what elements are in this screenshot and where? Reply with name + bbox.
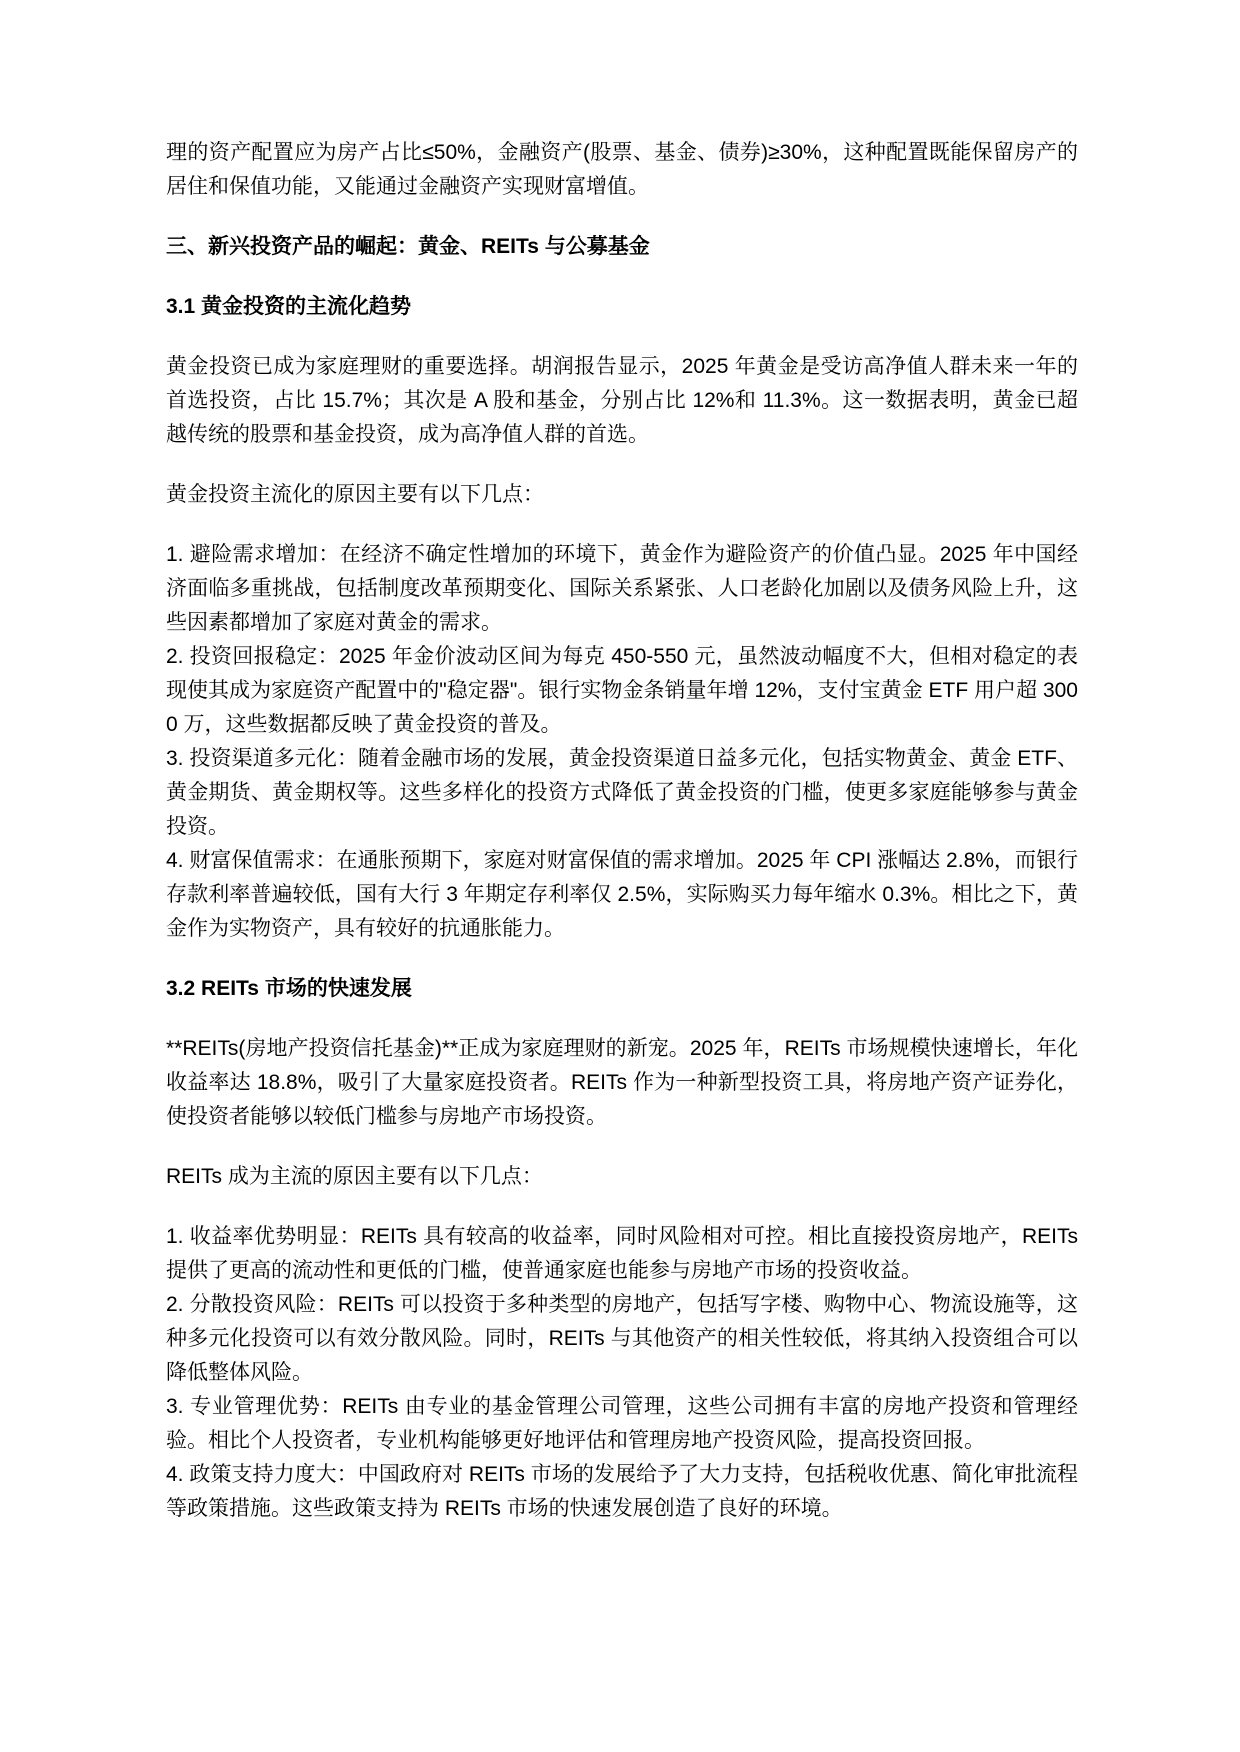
paragraph-reits-reasons-lead: REITs 成为主流的原因主要有以下几点：: [166, 1160, 1078, 1194]
reits-reasons-list: 1. 收益率优势明显：REITs 具有较高的收益率，同时风险相对可控。相比直接投…: [166, 1220, 1078, 1526]
gold-reason-item-2: 2. 投资回报稳定：2025 年金价波动区间为每克 450-550 元，虽然波动…: [166, 640, 1078, 742]
paragraph-asset-allocation: 理的资产配置应为房产占比≤50%，金融资产(股票、基金、债券)≥30%，这种配置…: [166, 136, 1078, 204]
gold-reasons-list: 1. 避险需求增加：在经济不确定性增加的环境下，黄金作为避险资产的价值凸显。20…: [166, 538, 1078, 946]
heading-3-2: 3.2 REITs 市场的快速发展: [166, 972, 1078, 1006]
reits-reason-item-1: 1. 收益率优势明显：REITs 具有较高的收益率，同时风险相对可控。相比直接投…: [166, 1220, 1078, 1288]
heading-section-3: 三、新兴投资产品的崛起：黄金、REITs 与公募基金: [166, 230, 1078, 264]
reits-reason-item-3: 3. 专业管理优势：REITs 由专业的基金管理公司管理，这些公司拥有丰富的房地…: [166, 1390, 1078, 1458]
gold-reason-item-3: 3. 投资渠道多元化：随着金融市场的发展，黄金投资渠道日益多元化，包括实物黄金、…: [166, 742, 1078, 844]
document-body: 理的资产配置应为房产占比≤50%，金融资产(股票、基金、债券)≥30%，这种配置…: [0, 0, 1240, 1526]
gold-reason-item-1: 1. 避险需求增加：在经济不确定性增加的环境下，黄金作为避险资产的价值凸显。20…: [166, 538, 1078, 640]
reits-reason-item-2: 2. 分散投资风险：REITs 可以投资于多种类型的房地产，包括写字楼、购物中心…: [166, 1288, 1078, 1390]
heading-3-1: 3.1 黄金投资的主流化趋势: [166, 290, 1078, 324]
reits-reason-item-4: 4. 政策支持力度大：中国政府对 REITs 市场的发展给予了大力支持，包括税收…: [166, 1458, 1078, 1526]
gold-reason-item-4: 4. 财富保值需求：在通胀预期下，家庭对财富保值的需求增加。2025 年 CPI…: [166, 844, 1078, 946]
paragraph-reits-intro: **REITs(房地产投资信托基金)**正成为家庭理财的新宠。2025 年，RE…: [166, 1032, 1078, 1134]
page: 理的资产配置应为房产占比≤50%，金融资产(股票、基金、债券)≥30%，这种配置…: [0, 0, 1240, 1752]
paragraph-gold-reasons-lead: 黄金投资主流化的原因主要有以下几点：: [166, 478, 1078, 512]
paragraph-gold-intro: 黄金投资已成为家庭理财的重要选择。胡润报告显示，2025 年黄金是受访高净值人群…: [166, 350, 1078, 452]
